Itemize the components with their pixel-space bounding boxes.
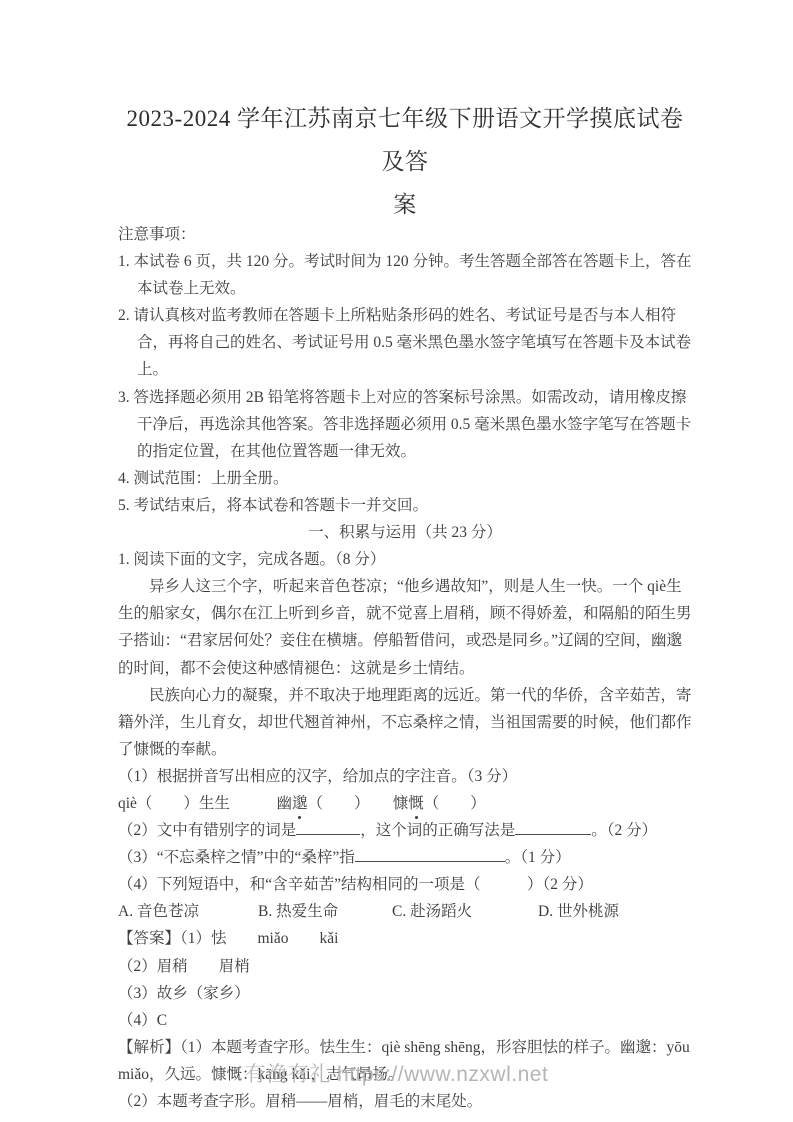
page-title-line1: 2023-2024 学年江苏南京七年级下册语文开学摸底试卷及答 [118,97,692,183]
sub-question-3-text-pre: （3）“不忘桑梓之情”中的“桑梓”指 [118,849,355,866]
footer-site-link[interactable]: 有渔有礼 https://www.nzxwl.net [245,1063,549,1086]
exam-document-page: 2023-2024 学年江苏南京七年级下册语文开学摸底试卷及答 案 注意事项： … [0,0,793,1122]
sub-question-3: （3）“不忘桑梓之情”中的“桑梓”指。（1 分） [118,844,692,871]
sub-question-2-text-mid: ，这个词的正确写法是 [360,822,515,839]
word-youmiao-parens: （ ） [307,795,361,812]
notice-item-2: 2. 请认真核对监考教师在答题卡上所粘贴条形码的姓名、考试证号是否与本人相符合，… [118,302,692,383]
option-c: C. 赴汤蹈火 [392,898,538,925]
option-row: A. 音色苍凉B. 热爱生命C. 赴汤蹈火D. 世外桃源 [118,898,692,925]
option-d: D. 世外桃源 [538,898,692,925]
dotted-character-miao: 邈 [292,790,308,817]
blank-line [515,819,591,835]
notice-item-5: 5. 考试结束后，将本试卷和答题卡一并交回。 [118,492,692,519]
sub-question-4-label: （4）下列短语中，和“含辛茹苦”结构相同的一项是（ ）（2 分） [118,871,692,898]
sub-question-1-label: （1）根据拼音写出相应的汉字，给加点的字注音。（3 分） [118,763,692,790]
question-1-passage-paragraph-1: 异乡人这三个字，听起来音色苍凉；“他乡遇故知”，则是人生一快。一个 qiè生生的… [118,573,692,681]
notice-item-4: 4. 测试范围：上册全册。 [118,465,692,492]
page-title-line2: 案 [118,183,692,226]
blank-line [296,819,360,835]
word-kangkai-parens: （ ） [424,795,486,812]
option-a: A. 音色苍凉 [118,898,258,925]
pinyin-gap [362,795,393,812]
question-1-stem: 1. 阅读下面的文字，完成各题。（8 分） [118,546,692,573]
answer-line-2: （2）眉稍 眉梢 [118,953,692,980]
document-content: 2023-2024 学年江苏南京七年级下册语文开学摸底试卷及答 案 注意事项： … [118,97,692,1115]
option-b: B. 热爱生命 [258,898,392,925]
page-title: 2023-2024 学年江苏南京七年级下册语文开学摸底试卷及答 案 [118,97,692,226]
dotted-character-kai: 慨 [408,790,424,817]
answer-line-1: 【答案】（1）怯 miǎo kǎi [118,925,692,952]
notice-item-3: 3. 答选择题必须用 2B 铅笔将答题卡上对应的答案标号涂黑。如需改动，请用橡皮… [118,384,692,465]
sub-question-3-text-post: 。（1 分） [505,849,571,866]
sub-question-2-text-pre: （2）文中有错别字的词是 [118,822,296,839]
sub-question-2: （2）文中有错别字的词是，这个词的正确写法是。（2 分） [118,817,692,844]
sub-question-2-text-post: 。（2 分） [591,822,657,839]
blank-line [355,846,505,862]
analysis-line-2: （2）本题考查字形。眉稍——眉梢，眉毛的末尾处。 [118,1088,692,1115]
word-youmiao-head: 幽 [276,795,292,812]
question-1-passage-paragraph-2: 民族向心力的凝聚，并不取决于地理距离的远近。第一代的华侨，含辛茹苦，寄籍外洋，生… [118,682,692,763]
answer-line-3: （3）故乡（家乡） [118,980,692,1007]
pinyin-segment: qiè（ ）生生 [118,795,230,812]
sub-question-1-pinyin-row: qiè（ ）生生 幽邈（ ） 慷慨（ ） [118,790,692,817]
word-kangkai-head: 慷 [393,795,409,812]
pinyin-gap [230,795,277,812]
section-1-heading: 一、积累与运用（共 23 分） [118,519,692,546]
notice-item-1: 1. 本试卷 6 页，共 120 分。考试时间为 120 分钟。考生答题全部答在… [118,248,692,302]
footer-watermark: 有渔有礼 https://www.nzxwl.net [0,1058,793,1088]
answer-line-4: （4）C [118,1007,692,1034]
